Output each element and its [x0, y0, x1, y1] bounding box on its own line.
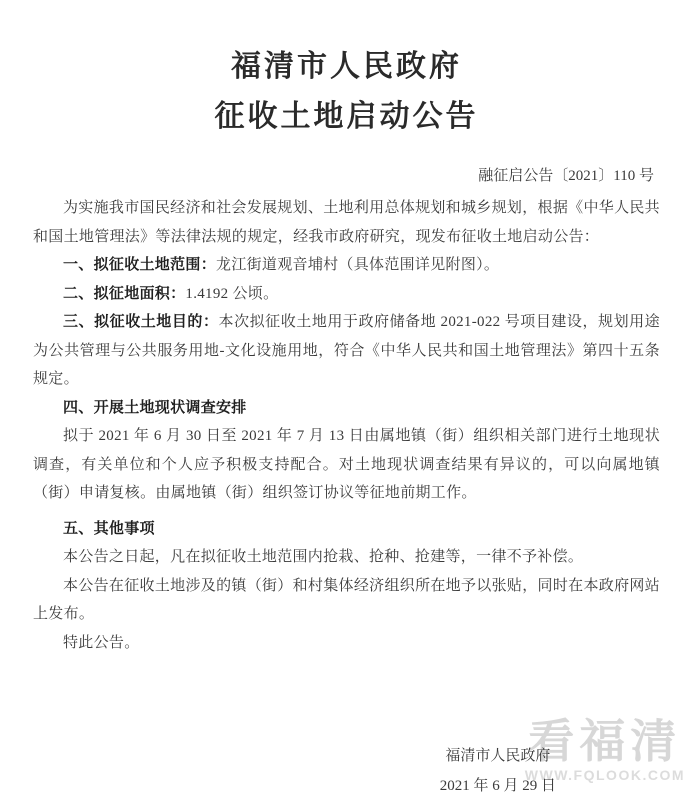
item-land-area-label: 二、拟征地面积：	[63, 286, 185, 302]
item-land-scope-label: 一、拟征收土地范围：	[63, 257, 216, 273]
section4-paragraph: 拟于 2021 年 6 月 30 日至 2021 年 7 月 13 日由属地镇（…	[33, 422, 660, 508]
signature-date: 2021 年 6 月 29 日	[440, 771, 556, 797]
item-land-purpose: 三、拟征收土地目的：本次拟征收土地用于政府储备地 2021-022 号项目建设，…	[33, 308, 660, 394]
item-land-scope: 一、拟征收土地范围：龙江街道观音埔村（具体范围详见附图）。	[33, 251, 660, 280]
item-land-area: 二、拟征地面积：1.4192 公顷。	[33, 280, 660, 309]
doc-number: 融征启公告〔2021〕110 号	[33, 166, 654, 186]
section5-paragraph-1: 本公告之日起，凡在拟征收土地范围内抢栽、抢种、抢建等，一律不予补偿。	[33, 543, 660, 572]
signature-name: 福清市人民政府	[440, 741, 556, 771]
document-title-line1: 福清市人民政府	[231, 50, 462, 83]
item-land-area-text: 1.4192 公顷。	[185, 286, 278, 302]
closing-line: 特此公告。	[33, 629, 660, 658]
document-title-line2: 征收土地启动公告	[215, 100, 479, 133]
document-body: 福清市人民政府 征收土地启动公告 融征启公告〔2021〕110 号 为实施我市国…	[0, 0, 691, 797]
section4-heading: 四、开展土地现状调查安排	[33, 394, 660, 423]
section5-heading: 五、其他事项	[33, 515, 660, 544]
announcement-page: 看福清 WWW.FQLOOK.COM 福清市人民政府 征收土地启动公告 融征启公…	[0, 0, 691, 797]
document-title: 福清市人民政府 征收土地启动公告	[33, 42, 660, 142]
signature-block: 福清市人民政府 2021 年 6 月 29 日	[440, 741, 556, 797]
section5-paragraph-2: 本公告在征收土地涉及的镇（街）和村集体经济组织所在地予以张贴，同时在本政府网站上…	[33, 572, 660, 629]
intro-paragraph: 为实施我市国民经济和社会发展规划、土地利用总体规划和城乡规划，根据《中华人民共和…	[33, 194, 660, 251]
item-land-scope-text: 龙江街道观音埔村（具体范围详见附图）。	[216, 257, 499, 273]
item-land-purpose-label: 三、拟征收土地目的：	[63, 314, 219, 330]
